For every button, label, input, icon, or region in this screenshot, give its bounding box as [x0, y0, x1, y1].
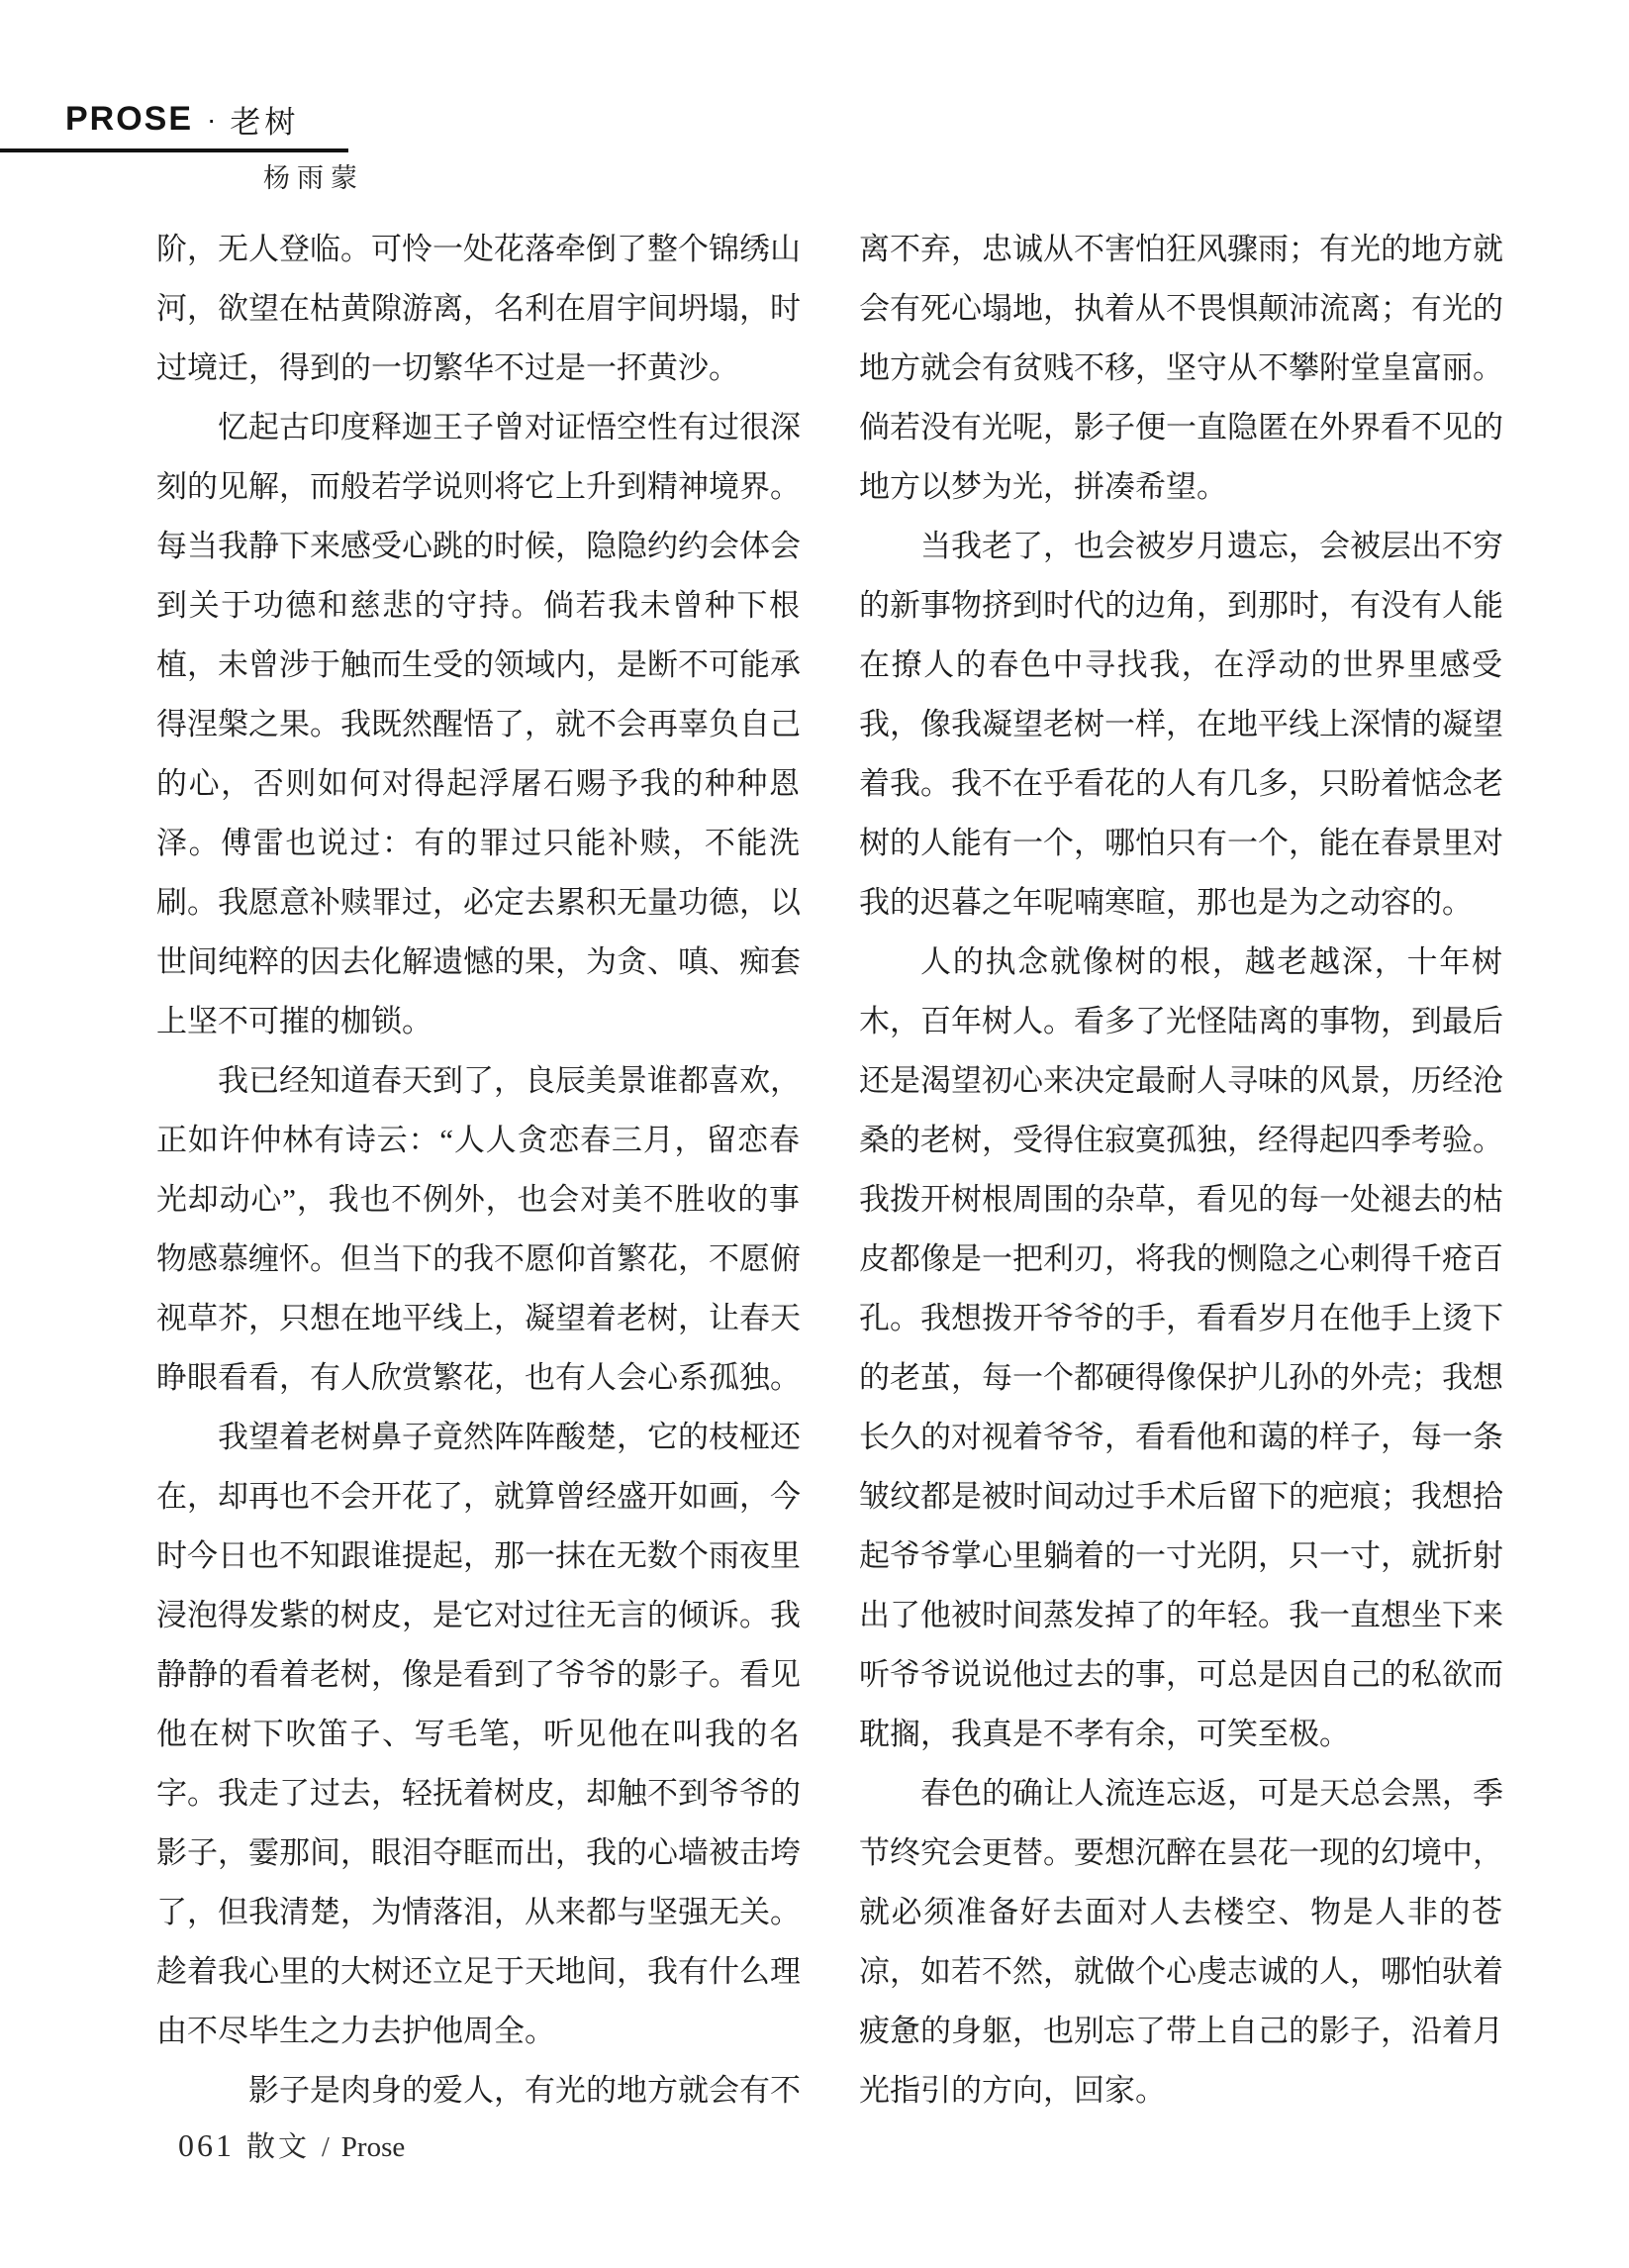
text-line: 还是渴望初心来决定最耐人寻味的风景，历经沧 [859, 1051, 1502, 1111]
article-title: 老树 [230, 97, 299, 142]
masthead-separator-dot: · [207, 104, 216, 136]
magazine-page: PROSE · 老树 杨雨蒙 阶，无人登临。可怜一处花落牵倒了整个锦绣山河，欲望… [0, 0, 1629, 2268]
text-line: 河，欲望在枯黄隙游离，名利在眉宇间坍塌，时 [156, 279, 800, 339]
text-line: 了，但我清楚，为情落泪，从来都与坚强无关。 [156, 1883, 800, 1942]
text-line: 每当我静下来感受心跳的时候，隐隐约约会体会 [156, 517, 800, 576]
text-line: 得涅槃之果。我既然醒悟了，就不会再辜负自己 [156, 695, 800, 754]
text-line: 的老茧，每一个都硬得像保护儿孙的外壳；我想 [859, 1348, 1502, 1408]
text-line: 春色的确让人流连忘返，可是天总会黑，季 [859, 1764, 1502, 1824]
text-line: 时今日也不知跟谁提起，那一抹在无数个雨夜里 [156, 1527, 800, 1586]
masthead: PROSE · 老树 [65, 97, 299, 142]
footer-separator: / [322, 2132, 330, 2164]
text-line: 人的执念就像树的根，越老越深，十年树 [859, 933, 1502, 992]
text-line: 当我老了，也会被岁月遗忘，会被层出不穷 [859, 517, 1502, 576]
text-line: 物感慕缠怀。但当下的我不愿仰首繁花，不愿俯 [156, 1230, 800, 1289]
text-line: 疲惫的身躯，也别忘了带上自己的影子，沿着月 [859, 2002, 1502, 2061]
article-column-right: 离不弃，忠诚从不害怕狂风骤雨；有光的地方就会有死心塌地，执着从不畏惧颠沛流离；有… [859, 220, 1502, 2120]
section-name-en: Prose [341, 2131, 405, 2164]
text-line: 孔。我想拨开爷爷的手，看看岁月在他手上烫下 [859, 1289, 1502, 1348]
text-line: 在撩人的春色中寻找我，在浮动的世界里感受 [859, 636, 1502, 695]
text-line: 木，百年树人。看多了光怪陆离的事物，到最后 [859, 992, 1502, 1051]
text-line: 耽搁，我真是不孝有余，可笑至极。 [859, 1705, 1502, 1764]
text-line: 地方以梦为光，拼凑希望。 [859, 457, 1502, 517]
text-line: 睁眼看看，有人欣赏繁花，也有人会心系孤独。 [156, 1348, 800, 1408]
text-line: 我望着老树鼻子竟然阵阵酸楚，它的枝桠还 [156, 1408, 800, 1467]
text-line: 由不尽毕生之力去护他周全。 [156, 2002, 800, 2061]
magazine-section-label: PROSE [65, 100, 193, 139]
text-line: 上坚不可摧的枷锁。 [156, 992, 800, 1051]
text-line: 浸泡得发紫的树皮，是它对过往无言的倾诉。我 [156, 1586, 800, 1645]
text-line: 影子是肉身的爱人，有光的地方就会有不 [156, 2061, 800, 2120]
text-line: 皮都像是一把利刃，将我的恻隐之心刺得千疮百 [859, 1230, 1502, 1289]
text-line: 刷。我愿意补赎罪过，必定去累积无量功德，以 [156, 873, 800, 933]
text-line: 我已经知道春天到了，良辰美景谁都喜欢， [156, 1051, 800, 1111]
author-name: 杨雨蒙 [263, 156, 364, 195]
text-line: 过境迁，得到的一切繁华不过是一抔黄沙。 [156, 339, 800, 398]
text-line: 光却动心”，我也不例外，也会对美不胜收的事 [156, 1170, 800, 1230]
text-line: 泽。傅雷也说过：有的罪过只能补赎，不能洗 [156, 814, 800, 873]
text-line: 阶，无人登临。可怜一处花落牵倒了整个锦绣山 [156, 220, 800, 279]
section-name-cn: 散文 [246, 2124, 310, 2165]
text-line: 会有死心塌地，执着从不畏惧颠沛流离；有光的 [859, 279, 1502, 339]
text-line: 影子，霎那间，眼泪夺眶而出，我的心墙被击垮 [156, 1824, 800, 1883]
text-line: 皱纹都是被时间动过手术后留下的疤痕；我想拾 [859, 1467, 1502, 1527]
text-line: 的新事物挤到时代的边角，到那时，有没有人能 [859, 576, 1502, 636]
text-line: 的心，否则如何对得起浮屠石赐予我的种种恩 [156, 754, 800, 814]
text-line: 离不弃，忠诚从不害怕狂风骤雨；有光的地方就 [859, 220, 1502, 279]
text-line: 我，像我凝望老树一样，在地平线上深情的凝望 [859, 695, 1502, 754]
text-line: 地方就会有贫贱不移，坚守从不攀附堂皇富丽。 [859, 339, 1502, 398]
text-line: 长久的对视着爷爷，看看他和蔼的样子，每一条 [859, 1408, 1502, 1467]
text-line: 光指引的方向，回家。 [859, 2061, 1502, 2120]
text-line: 静静的看着老树，像是看到了爷爷的影子。看见 [156, 1645, 800, 1705]
text-line: 我拨开树根周围的杂草，看见的每一处褪去的枯 [859, 1170, 1502, 1230]
text-line: 字。我走了过去，轻抚着树皮，却触不到爷爷的 [156, 1764, 800, 1824]
text-line: 凉，如若不然，就做个心虔志诚的人，哪怕驮着 [859, 1942, 1502, 2002]
text-line: 树的人能有一个，哪怕只有一个，能在春景里对 [859, 814, 1502, 873]
text-line: 起爷爷掌心里躺着的一寸光阴，只一寸，就折射 [859, 1527, 1502, 1586]
text-line: 桑的老树，受得住寂寞孤独，经得起四季考验。 [859, 1111, 1502, 1170]
text-line: 世间纯粹的因去化解遗憾的果，为贪、嗔、痴套 [156, 933, 800, 992]
text-line: 到关于功德和慈悲的守持。倘若我未曾种下根 [156, 576, 800, 636]
text-line: 着我。我不在乎看花的人有几多，只盼着惦念老 [859, 754, 1502, 814]
text-line: 出了他被时间蒸发掉了的年轻。我一直想坐下来 [859, 1586, 1502, 1645]
text-line: 植，未曾涉于触而生受的领域内，是断不可能承 [156, 636, 800, 695]
text-line: 节终究会更替。要想沉醉在昙花一现的幻境中， [859, 1824, 1502, 1883]
page-footer: 061 散文 / Prose [178, 2124, 405, 2165]
text-line: 刻的见解，而般若学说则将它上升到精神境界。 [156, 457, 800, 517]
text-line: 就必须准备好去面对人去楼空、物是人非的苍 [859, 1883, 1502, 1942]
text-line: 视草芥，只想在地平线上，凝望着老树，让春天 [156, 1289, 800, 1348]
header-rule [0, 148, 348, 152]
text-line: 我的迟暮之年呢喃寒暄，那也是为之动容的。 [859, 873, 1502, 933]
article-column-left: 阶，无人登临。可怜一处花落牵倒了整个锦绣山河，欲望在枯黄隙游离，名利在眉宇间坍塌… [156, 220, 800, 2120]
text-line: 听爷爷说说他过去的事，可总是因自己的私欲而 [859, 1645, 1502, 1705]
text-line: 忆起古印度释迦王子曾对证悟空性有过很深 [156, 398, 800, 457]
text-line: 在，却再也不会开花了，就算曾经盛开如画，今 [156, 1467, 800, 1527]
text-line: 倘若没有光呢，影子便一直隐匿在外界看不见的 [859, 398, 1502, 457]
page-number: 061 [178, 2127, 235, 2164]
text-line: 他在树下吹笛子、写毛笔，听见他在叫我的名 [156, 1705, 800, 1764]
text-line: 正如许仲林有诗云：“人人贪恋春三月，留恋春 [156, 1111, 800, 1170]
text-line: 趁着我心里的大树还立足于天地间，我有什么理 [156, 1942, 800, 2002]
